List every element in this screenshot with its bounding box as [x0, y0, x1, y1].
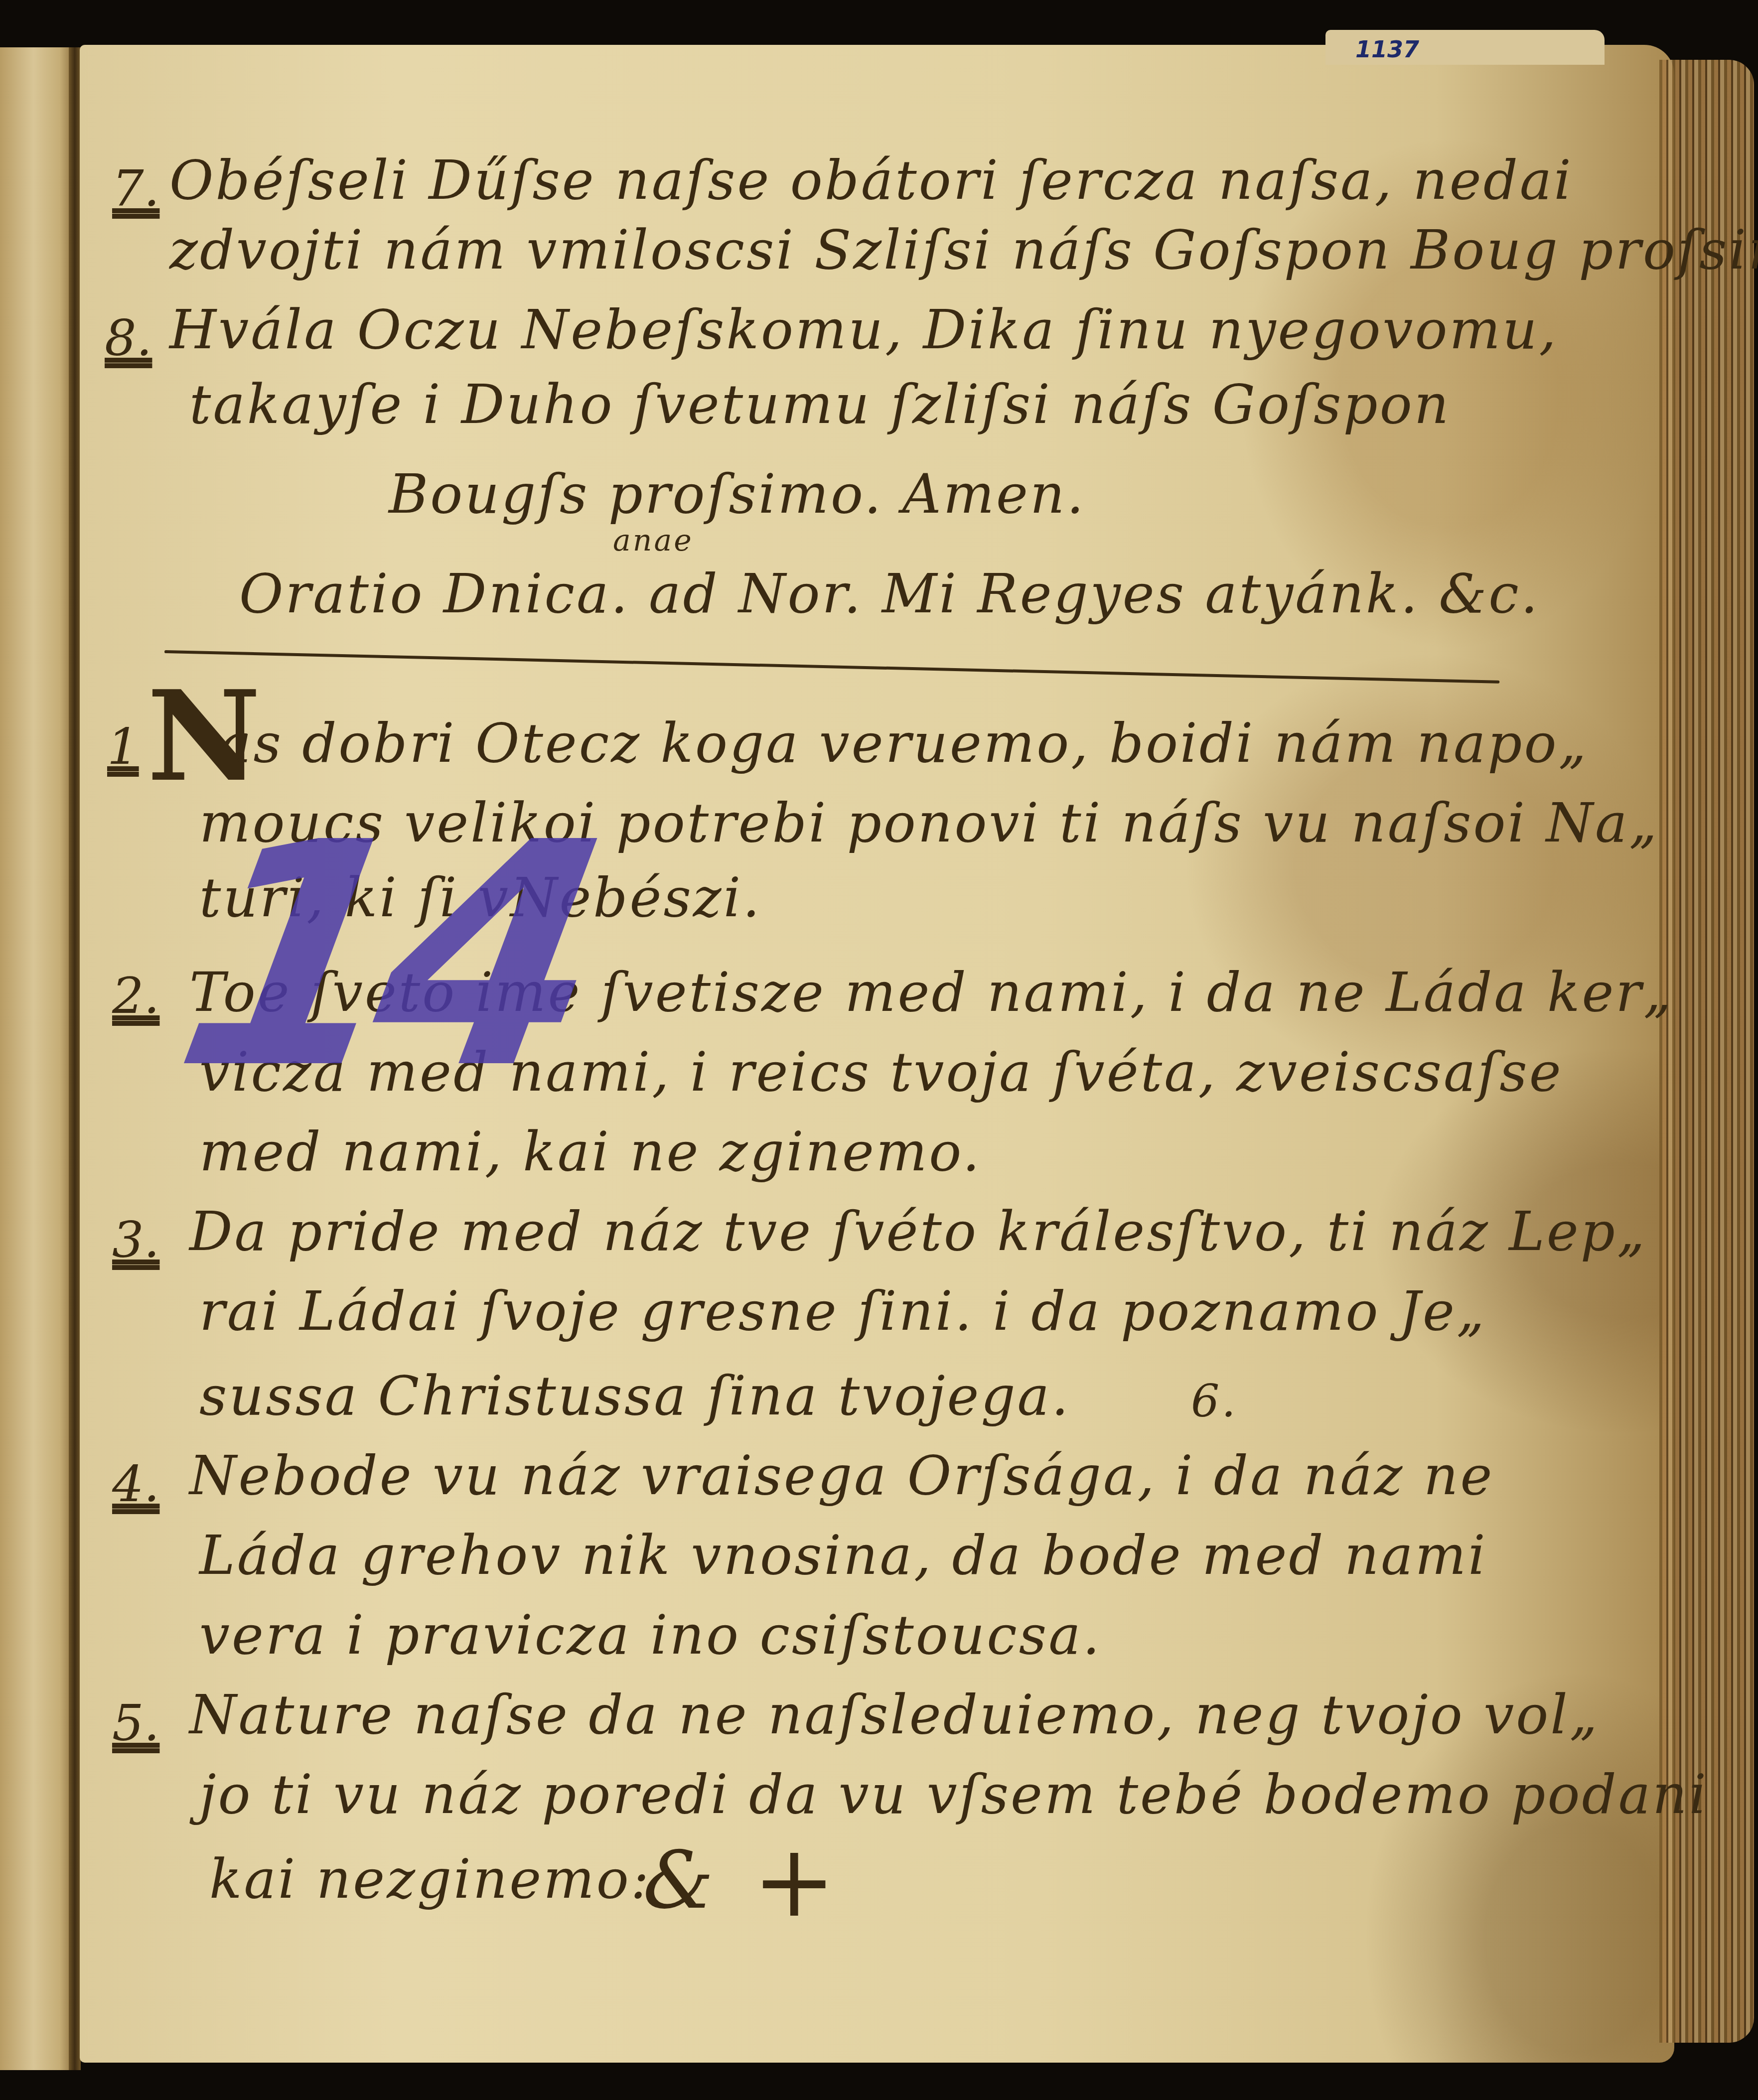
manuscript-spread: 1137 7. Obéſseli Dűſse naſse obátori ſer… — [0, 0, 1758, 2100]
verse-5-line-2: jo ti vu náz poredi da vu vſsem tebé bod… — [199, 1764, 1708, 1826]
verse-number-2: 2. — [112, 967, 159, 1025]
verse-8-line-1: Hvála Oczu Nebeſskomu, Dika ſinu nyegovo… — [169, 299, 1558, 361]
verse-number-4: 4. — [112, 1455, 159, 1513]
verse-3-line-3: sussa Christussa ſina tvojega. — [199, 1365, 1070, 1427]
left-page-edge — [0, 47, 75, 2070]
heading-superscript: anae — [613, 523, 694, 558]
book-gutter — [69, 47, 81, 2070]
verse-4-line-1: Nebode vu náz vraisega Orſsága, i da náz… — [189, 1445, 1494, 1507]
archive-page-number: 1137 — [1355, 36, 1419, 63]
purple-folio-number: 14 — [157, 777, 611, 1136]
verse-number-7: 7. — [112, 159, 159, 218]
verse-5-line-3: kai nezginemo: — [209, 1848, 651, 1911]
verse-8-line-3: Bougſs proſsimo. Amen. — [389, 463, 1086, 526]
verse-mark: 6. — [1191, 1375, 1238, 1427]
prayer-heading: Oratio Dnica. ad Nor. Mi Regyes atyánk. … — [239, 563, 1540, 625]
verse-number-3: 3. — [112, 1211, 159, 1269]
verse-7-line-2: zdvojti nám vmiloscsi Szliſsi náſs Goſsp… — [169, 219, 1758, 281]
verse-5-line-1: Nature naſse da ne naſsleduiemo, neg tvo… — [189, 1684, 1600, 1746]
verse-number-8: 8. — [105, 309, 152, 367]
page-fore-edges — [1659, 60, 1754, 2043]
verse-3-line-2: rai Ládai ſvoje gresne ſini. i da poznam… — [199, 1280, 1486, 1343]
verse-number-5: 5. — [112, 1694, 159, 1752]
end-cross-icon: + — [752, 1823, 836, 1940]
verse-4-line-3: vera i pravicza ino csiſstoucsa. — [199, 1604, 1102, 1667]
verse-3-line-1: Da pride med náz tve ſvéto králesſtvo, t… — [189, 1201, 1647, 1263]
end-flourish-icon: & — [643, 1833, 714, 1927]
verse-8-line-2: takayſe i Duho ſvetumu ſzliſsi náſs Goſs… — [189, 374, 1451, 436]
verse-number-1: 1 — [107, 717, 139, 776]
verse-7-line-1: Obéſseli Dűſse naſse obátori ſercza naſs… — [169, 149, 1573, 212]
verse-1-line-1: as dobri Otecz koga veruemo, boidi nám n… — [219, 712, 1588, 775]
verse-4-line-2: Láda grehov nik vnosina, da bode med nam… — [199, 1525, 1487, 1587]
